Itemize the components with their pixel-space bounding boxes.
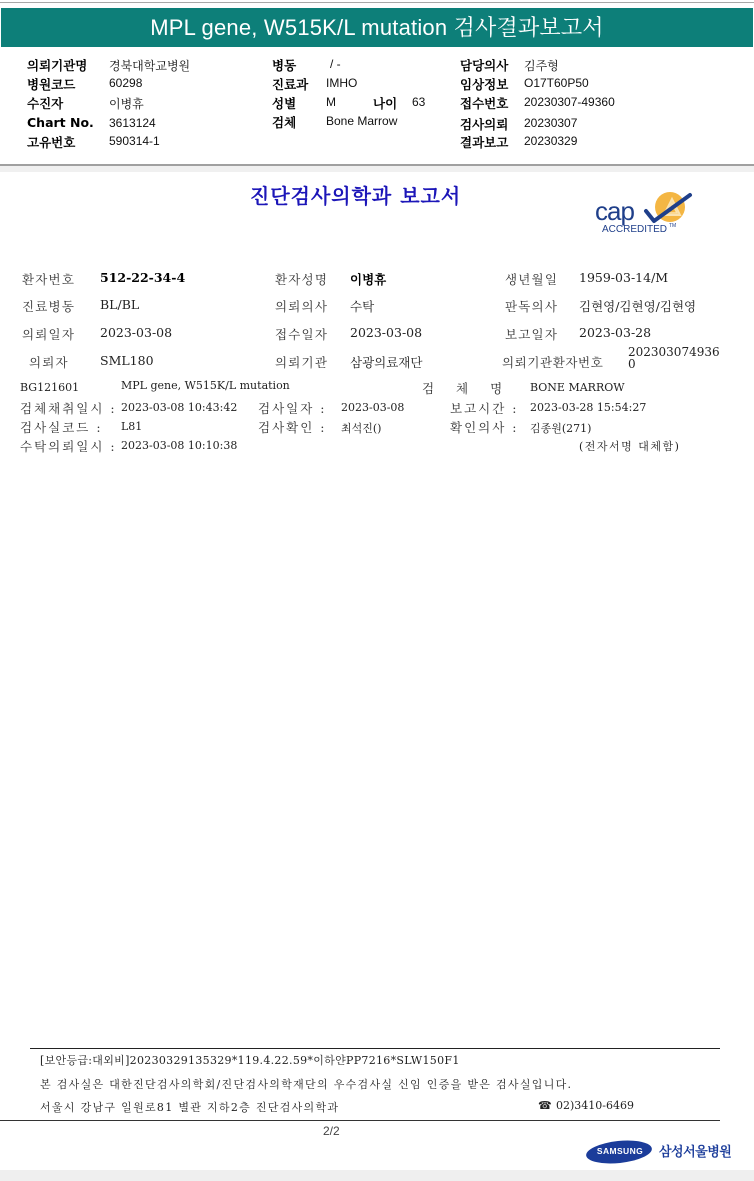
label-requesting-doctor: 의뢰의사 bbox=[275, 297, 328, 315]
value-patient-name: 이병휴 bbox=[350, 270, 386, 288]
certification-statement: 본 검사실은 대한진단검사의학회/진단검사의학재단의 우수검사실 신임 인증을 … bbox=[40, 1076, 572, 1092]
label-patient-name: 환자성명 bbox=[275, 270, 328, 288]
label-birth-date: 생년월일 bbox=[505, 270, 558, 288]
label-ward: 병동 bbox=[272, 56, 296, 74]
label-patient-number: 환자번호 bbox=[22, 270, 75, 288]
value-result-report: 20230329 bbox=[524, 134, 577, 148]
label-hospital-code: 병원코드 bbox=[27, 75, 75, 93]
value-receipt-date: 2023-03-08 bbox=[350, 325, 422, 340]
label-test-request: 검사의뢰 bbox=[460, 115, 508, 133]
label-reading-doctor: 판독의사 bbox=[505, 297, 558, 315]
label-requesting-org: 의뢰기관 bbox=[275, 353, 328, 371]
value-age: 63 bbox=[412, 95, 425, 109]
lab-phone: 02)3410-6469 bbox=[556, 1099, 634, 1112]
exam-name: MPL gene, W515K/L mutation bbox=[121, 379, 290, 392]
label-result-report: 결과보고 bbox=[460, 133, 508, 151]
value-org-patient-number-line1: 202303074936 bbox=[628, 347, 720, 358]
value-reading-doctor: 김현영/김현영/김현영 bbox=[579, 297, 696, 315]
label-chart-no: Chart No. bbox=[27, 115, 94, 130]
value-specimen-name: BONE MARROW bbox=[530, 381, 625, 394]
esign-note: (전자서명 대체함) bbox=[579, 438, 680, 454]
svg-text:ACCREDITED: ACCREDITED bbox=[602, 224, 667, 235]
value-requesting-org: 삼광의료재단 bbox=[350, 353, 422, 371]
page-bottom-shade bbox=[0, 1170, 754, 1181]
label-clinical-info: 임상정보 bbox=[460, 75, 508, 93]
value-test-request: 20230307 bbox=[524, 116, 577, 130]
top-divider bbox=[0, 2, 754, 3]
label-requesting-institution: 의뢰기관명 bbox=[27, 56, 87, 74]
cap-accredited-logo: cap ACCREDITED TM bbox=[594, 190, 694, 236]
exam-code: BG121601 bbox=[20, 381, 79, 394]
value-department: IMHO bbox=[326, 76, 357, 90]
value-confirm-doctor: 김종원(271) bbox=[530, 420, 591, 436]
label-receipt-date: 접수일자 bbox=[275, 325, 328, 343]
value-patient: 이병휴 bbox=[109, 95, 144, 112]
value-consign-time: 2023-03-08 10:10:38 bbox=[121, 439, 237, 452]
value-request-date: 2023-03-08 bbox=[100, 325, 172, 340]
footer-bottom-divider bbox=[0, 1120, 720, 1121]
hospital-name: 삼성서울병원 bbox=[659, 1141, 731, 1160]
value-org-patient-number-line2: 0 bbox=[628, 359, 636, 370]
label-consign-time: 수탁의뢰일시 : bbox=[20, 437, 117, 455]
cap-logo-icon: cap ACCREDITED TM bbox=[594, 190, 694, 236]
label-confirm-doctor: 확인의사 : bbox=[450, 418, 519, 436]
value-ward: / - bbox=[330, 57, 341, 71]
value-test-date: 2023-03-08 bbox=[341, 401, 404, 414]
value-attending-doctor: 김주형 bbox=[524, 57, 559, 74]
value-requester: SML180 bbox=[100, 353, 154, 368]
label-patient: 수진자 bbox=[27, 94, 63, 112]
label-report-time: 보고시간 : bbox=[450, 399, 519, 417]
label-sex: 성별 bbox=[272, 94, 296, 112]
lab-address: 서울시 강남구 일원로81 별관 지하2층 진단검사의학과 bbox=[40, 1099, 339, 1115]
label-request-date: 의뢰일자 bbox=[22, 325, 75, 343]
label-specimen: 검체 bbox=[272, 113, 296, 131]
request-info-grid: 의뢰기관명 경북대학교병원 병원코드 60298 수진자 이병휴 Chart N… bbox=[0, 54, 754, 154]
value-chart-no: 3613124 bbox=[109, 116, 156, 130]
label-lab-code: 검사실코드 : bbox=[20, 418, 103, 436]
value-lab-code: L81 bbox=[121, 420, 142, 433]
page-number: 2/2 bbox=[323, 1124, 340, 1138]
value-report-date: 2023-03-28 bbox=[579, 325, 651, 340]
report-title: 진단검사의학과 보고서 bbox=[250, 180, 461, 209]
report-header-title: MPL gene, W515K/L mutation 검사결과보고서 bbox=[1, 8, 753, 47]
label-attending-doctor: 담당의사 bbox=[460, 56, 508, 74]
label-org-patient-number: 의뢰기관환자번호 bbox=[502, 353, 603, 371]
value-clinical-info: O17T60P50 bbox=[524, 76, 589, 90]
label-specimen-name: 검 체 명 bbox=[422, 379, 511, 397]
label-receipt-number: 접수번호 bbox=[460, 94, 508, 112]
phone-icon: ☎ bbox=[538, 1099, 552, 1112]
security-line: [보안등급:대외비]20230329135329*119.4.22.59*이하얀… bbox=[40, 1052, 460, 1068]
label-test-confirm: 검사확인 : bbox=[258, 418, 327, 436]
value-requesting-institution: 경북대학교병원 bbox=[109, 57, 190, 74]
value-sex: M bbox=[326, 95, 336, 109]
section-shade bbox=[0, 166, 754, 172]
value-specimen: Bone Marrow bbox=[326, 114, 397, 128]
label-unique-number: 고유번호 bbox=[27, 133, 75, 151]
value-requesting-doctor: 수탁 bbox=[350, 297, 374, 315]
value-collect-time: 2023-03-08 10:43:42 bbox=[121, 401, 237, 414]
value-birth-date: 1959-03-14/M bbox=[579, 270, 668, 285]
label-report-date: 보고일자 bbox=[505, 325, 558, 343]
value-test-confirm: 최석진() bbox=[341, 420, 381, 436]
value-patient-number: 512-22-34-4 bbox=[100, 270, 185, 285]
svg-text:cap: cap bbox=[595, 196, 634, 226]
svg-text:TM: TM bbox=[669, 223, 676, 229]
footer-top-divider bbox=[30, 1048, 720, 1049]
label-collect-time: 검체채취일시 : bbox=[20, 399, 117, 417]
label-ward-dept: 진료병동 bbox=[22, 297, 75, 315]
label-requester: 의뢰자 bbox=[29, 353, 69, 371]
label-test-date: 검사일자 : bbox=[258, 399, 327, 417]
value-ward-dept: BL/BL bbox=[100, 297, 139, 312]
label-department: 진료과 bbox=[272, 75, 308, 93]
samsung-wordmark: SAMSUNG bbox=[591, 1146, 649, 1156]
value-report-time: 2023-03-28 15:54:27 bbox=[530, 401, 646, 414]
value-receipt-number: 20230307-49360 bbox=[524, 95, 615, 109]
value-hospital-code: 60298 bbox=[109, 76, 142, 90]
value-unique-number: 590314-1 bbox=[109, 134, 160, 148]
label-age: 나이 bbox=[373, 94, 397, 112]
